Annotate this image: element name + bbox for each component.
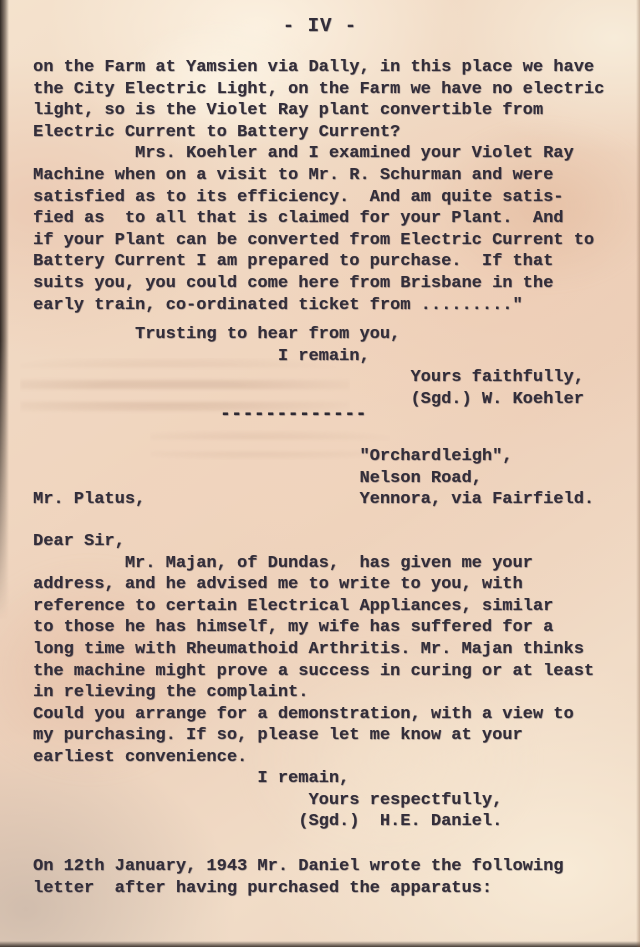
letter2-letterhead-address: "Orchardleigh", Nelson Road, Mr. Platus,…: [33, 446, 594, 511]
letter2-closing-signature: I remain, Yours respectfully, (Sgd.) H.E…: [33, 768, 502, 833]
narrator-note: On 12th January, 1943 Mr. Daniel wrote t…: [33, 856, 564, 899]
letter1-closing-signature: Trusting to hear from you, I remain, You…: [33, 324, 584, 410]
scanned-letter-page: - IV - on the Farm at Yamsien via Dally,…: [0, 0, 640, 947]
page-number: - IV -: [0, 16, 640, 38]
scan-edge-bottom: [0, 941, 640, 947]
scan-edge-right: [636, 0, 640, 947]
section-separator-dashes: -------------: [220, 403, 367, 429]
letter1-body-text: on the Farm at Yamsien via Dally, in thi…: [33, 57, 604, 316]
scan-edge-left: [0, 0, 9, 620]
letter2-body-text: Dear Sir, Mr. Majan, of Dundas, has give…: [33, 531, 594, 769]
